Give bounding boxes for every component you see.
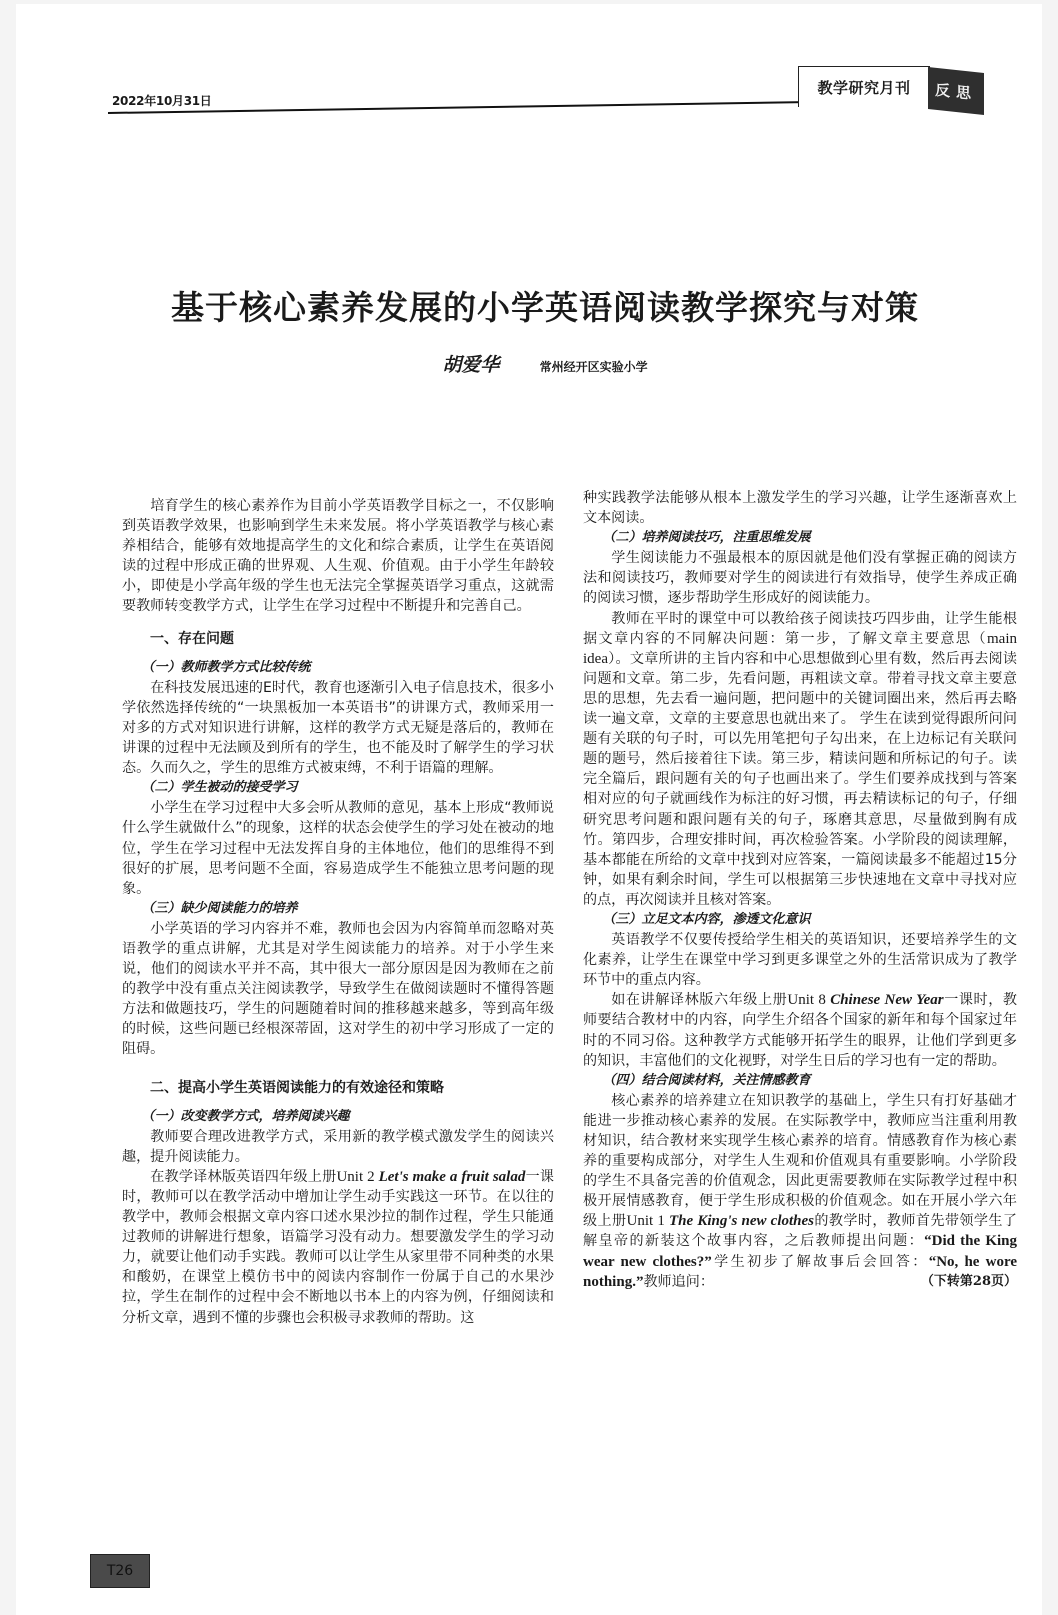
body-paragraph: 英语教学不仅要传授给学生相关的英语知识，还要培养学生的文化素养，让学生在课堂中学… (583, 930, 1017, 990)
subsection-heading: （一）教师教学方式比较传统 (122, 658, 554, 678)
page-number-badge: T26 (90, 1554, 150, 1588)
body-paragraph: 学生阅读能力不强最根本的原因就是他们没有掌握正确的阅读方法和阅读技巧，教师要对学… (583, 548, 1017, 608)
text-run: 核心素养的培养建立在知识教学的基础上，学生只有打好基础才能进一步推动核心素养的发… (583, 1093, 1017, 1230)
subsection-heading: （四）结合阅读材料，关注情感教育 (583, 1071, 1017, 1091)
issue-date: 2022年10月31日 (112, 92, 212, 109)
subsection-heading: （二）学生被动的接受学习 (122, 778, 554, 798)
column-tag: 反思 (928, 67, 984, 115)
text-run: 一课时，教师可以在教学活动中增加让学生动手实践这一环节。在以往的教学中，教师会根… (122, 1169, 554, 1326)
body-paragraph: 在教学译林版英语四年级上册Unit 2 Let's make a fruit s… (122, 1167, 554, 1328)
subsection-heading: （三）立足文本内容，渗透文化意识 (583, 910, 1017, 930)
body-paragraph: 核心素养的培养建立在知识教学的基础上，学生只有打好基础才能进一步推动核心素养的发… (583, 1091, 1017, 1292)
section-heading-2: 二、提高小学生英语阅读能力的有效途径和策略 (122, 1078, 554, 1098)
header-rule (108, 101, 828, 114)
right-column: 种实践教学法能够从根本上激发学生的学习兴趣，让学生逐渐喜欢上文本阅读。 （二）培… (583, 488, 1017, 1292)
article-title: 基于核心素养发展的小学英语阅读教学探究与对策 (16, 282, 1058, 329)
subsection-heading: （二）培养阅读技巧，注重思维发展 (583, 528, 1017, 548)
section-heading-1: 一、存在问题 (122, 629, 554, 649)
text-run: 教师在平时的课堂中可以教给孩子阅读技巧四步曲，让学生能根据文章内容的不同解决问题… (583, 611, 1017, 647)
text-run: ）。文章所讲的主旨内容和中心思想做到心里有数，然后再去阅读问题和文章。第二步，先… (583, 651, 1017, 908)
continued-on-page-note: （下转第28页） (893, 1272, 1017, 1292)
subsection-heading: （一）改变教学方式，培养阅读兴趣 (122, 1107, 554, 1127)
unit-label: Unit 2 (336, 1169, 378, 1185)
text-run: 如在讲解译林版六年级上册 (611, 992, 787, 1008)
lesson-title: Chinese New Year (830, 992, 943, 1008)
left-column: 培育学生的核心素养作为目前小学英语教学目标之一，不仅影响到英语教学效果，也影响到… (122, 496, 554, 1328)
body-paragraph: 教师要合理改进教学方式，采用新的教学模式激发学生的阅读兴趣，提升阅读能力。 (122, 1127, 554, 1167)
intro-paragraph: 培育学生的核心素养作为目前小学英语教学目标之一，不仅影响到英语教学效果，也影响到… (122, 496, 554, 617)
unit-label: Unit 8 (787, 992, 830, 1008)
lesson-title: Let's make a fruit salad (379, 1169, 526, 1185)
text-run: 教师追问： (643, 1274, 713, 1290)
body-paragraph: 教师在平时的课堂中可以教给孩子阅读技巧四步曲，让学生能根据文章内容的不同解决问题… (583, 609, 1017, 910)
body-paragraph: 如在讲解译林版六年级上册Unit 8 Chinese New Year一课时，教… (583, 990, 1017, 1070)
body-paragraph: 种实践教学法能够从根本上激发学生的学习兴趣，让学生逐渐喜欢上文本阅读。 (583, 488, 1017, 528)
body-paragraph: 小学生在学习过程中大多会听从教师的意见，基本上形成“教师说什么学生就做什么”的现… (122, 798, 554, 898)
unit-label: Unit 1 (627, 1213, 669, 1229)
author-name: 胡爱华 (442, 354, 499, 376)
lesson-title: The King's new clothes (669, 1213, 814, 1229)
text-run: 在教学译林版英语四年级上册 (150, 1169, 336, 1185)
author-affiliation: 常州经开区实验小学 (540, 360, 648, 374)
journal-name: 教学研究月刊 (798, 66, 930, 107)
byline: 胡爱华 常州经开区实验小学 (16, 350, 1058, 377)
subsection-heading: （三）缺少阅读能力的培养 (122, 899, 554, 919)
body-paragraph: 小学英语的学习内容并不难，教师也会因为内容简单而忽略对英语教学的重点讲解，尤其是… (122, 919, 554, 1060)
body-paragraph: 在科技发展迅速的E时代，教育也逐渐引入电子信息技术，很多小学依然选择传统的“一块… (122, 678, 554, 778)
magazine-page: 2022年10月31日 教学研究月刊 反思 基于核心素养发展的小学英语阅读教学探… (16, 4, 1042, 1615)
text-run: 学生初步了解故事后会回答： (712, 1254, 929, 1270)
